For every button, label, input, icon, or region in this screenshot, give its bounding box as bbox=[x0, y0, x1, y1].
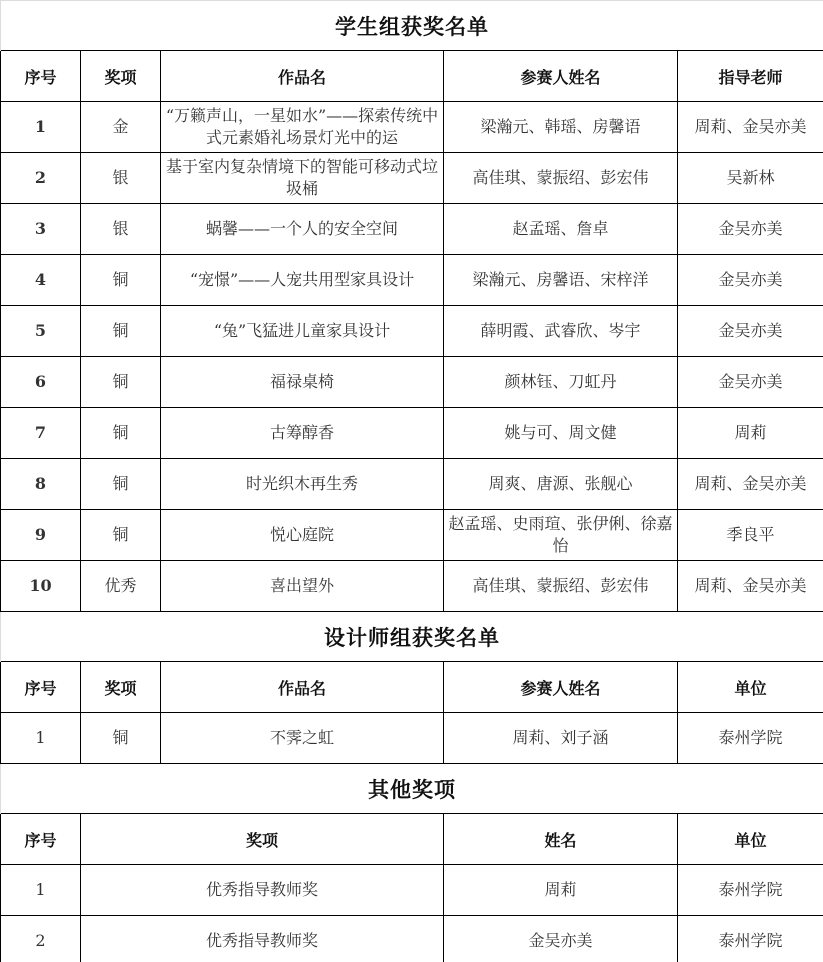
other-awards-title-row: 其他奖项 bbox=[1, 764, 823, 814]
cell-advisor: 周莉、金吴亦美 bbox=[678, 459, 823, 510]
cell-participants: 周爽、唐源、张舰心 bbox=[444, 459, 678, 510]
cell-participants: 梁瀚元、韩瑶、房馨语 bbox=[444, 102, 678, 153]
header-name: 姓名 bbox=[444, 814, 678, 865]
cell-advisor: 金吴亦美 bbox=[678, 306, 823, 357]
cell-advisor: 周莉、金吴亦美 bbox=[678, 561, 823, 612]
cell-work: 蜗馨——一个人的安全空间 bbox=[161, 204, 444, 255]
header-award: 奖项 bbox=[81, 51, 161, 102]
cell-no: 7 bbox=[1, 408, 81, 459]
header-no: 序号 bbox=[1, 51, 81, 102]
cell-work: 古筹醇香 bbox=[161, 408, 444, 459]
header-advisor: 指导老师 bbox=[678, 51, 823, 102]
cell-no: 3 bbox=[1, 204, 81, 255]
award-table: 学生组获奖名单 序号 奖项 作品名 参赛人姓名 指导老师 1 金 “万籁声山，一… bbox=[0, 0, 823, 962]
designer-group-title-row: 设计师组获奖名单 bbox=[1, 612, 823, 662]
cell-work: 福禄桌椅 bbox=[161, 357, 444, 408]
designer-group-title: 设计师组获奖名单 bbox=[1, 612, 823, 662]
cell-award: 铜 bbox=[81, 255, 161, 306]
award-list-sheet: 学生组获奖名单 序号 奖项 作品名 参赛人姓名 指导老师 1 金 “万籁声山，一… bbox=[0, 0, 823, 962]
cell-participants: 薛明霞、武睿欣、岑宇 bbox=[444, 306, 678, 357]
table-row: 1 铜 不霁之虹 周莉、刘子涵 泰州学院 bbox=[1, 713, 823, 764]
header-no: 序号 bbox=[1, 814, 81, 865]
cell-work: 不霁之虹 bbox=[161, 713, 444, 764]
header-award: 奖项 bbox=[81, 814, 444, 865]
other-awards-header-row: 序号 奖项 姓名 单位 bbox=[1, 814, 823, 865]
cell-advisor: 周莉 bbox=[678, 408, 823, 459]
cell-unit: 泰州学院 bbox=[678, 713, 823, 764]
header-award: 奖项 bbox=[81, 662, 161, 713]
cell-participants: 周莉、刘子涵 bbox=[444, 713, 678, 764]
table-row: 9 铜 悦心庭院 赵孟瑶、史雨瑄、张伊俐、徐嘉怡 季良平 bbox=[1, 510, 823, 561]
cell-award: 铜 bbox=[81, 510, 161, 561]
table-row: 8 铜 时光织木再生秀 周爽、唐源、张舰心 周莉、金吴亦美 bbox=[1, 459, 823, 510]
cell-award: 银 bbox=[81, 153, 161, 204]
cell-award: 铜 bbox=[81, 408, 161, 459]
cell-no: 9 bbox=[1, 510, 81, 561]
cell-no: 1 bbox=[1, 865, 81, 916]
table-row: 1 金 “万籁声山，一星如水”——探索传统中式元素婚礼场景灯光中的运 梁瀚元、韩… bbox=[1, 102, 823, 153]
table-row: 3 银 蜗馨——一个人的安全空间 赵孟瑶、詹卓 金吴亦美 bbox=[1, 204, 823, 255]
cell-no: 2 bbox=[1, 916, 81, 962]
cell-participants: 颜林钰、刀虹丹 bbox=[444, 357, 678, 408]
student-group-title-row: 学生组获奖名单 bbox=[1, 1, 823, 51]
cell-name: 周莉 bbox=[444, 865, 678, 916]
cell-award: 金 bbox=[81, 102, 161, 153]
cell-award: 铜 bbox=[81, 713, 161, 764]
student-group-title: 学生组获奖名单 bbox=[1, 1, 823, 51]
cell-no: 10 bbox=[1, 561, 81, 612]
cell-award: 铜 bbox=[81, 459, 161, 510]
cell-award: 铜 bbox=[81, 306, 161, 357]
cell-work: “兔”飞猛进儿童家具设计 bbox=[161, 306, 444, 357]
table-row: 10 优秀 喜出望外 高佳琪、蒙振绍、彭宏伟 周莉、金吴亦美 bbox=[1, 561, 823, 612]
cell-participants: 高佳琪、蒙振绍、彭宏伟 bbox=[444, 561, 678, 612]
cell-no: 2 bbox=[1, 153, 81, 204]
student-group-header-row: 序号 奖项 作品名 参赛人姓名 指导老师 bbox=[1, 51, 823, 102]
cell-participants: 梁瀚元、房馨语、宋梓洋 bbox=[444, 255, 678, 306]
other-awards-title: 其他奖项 bbox=[1, 764, 823, 814]
cell-name: 金吴亦美 bbox=[444, 916, 678, 962]
header-unit: 单位 bbox=[678, 662, 823, 713]
header-work: 作品名 bbox=[161, 662, 444, 713]
header-participants: 参赛人姓名 bbox=[444, 662, 678, 713]
table-row: 4 铜 “宠憬”——人宠共用型家具设计 梁瀚元、房馨语、宋梓洋 金吴亦美 bbox=[1, 255, 823, 306]
cell-no: 1 bbox=[1, 713, 81, 764]
cell-award: 优秀指导教师奖 bbox=[81, 865, 444, 916]
cell-advisor: 季良平 bbox=[678, 510, 823, 561]
cell-work: 喜出望外 bbox=[161, 561, 444, 612]
cell-work: “宠憬”——人宠共用型家具设计 bbox=[161, 255, 444, 306]
cell-advisor: 金吴亦美 bbox=[678, 255, 823, 306]
table-row: 1 优秀指导教师奖 周莉 泰州学院 bbox=[1, 865, 823, 916]
cell-advisor: 金吴亦美 bbox=[678, 357, 823, 408]
cell-participants: 赵孟瑶、詹卓 bbox=[444, 204, 678, 255]
designer-group-header-row: 序号 奖项 作品名 参赛人姓名 单位 bbox=[1, 662, 823, 713]
cell-participants: 高佳琪、蒙振绍、彭宏伟 bbox=[444, 153, 678, 204]
cell-no: 5 bbox=[1, 306, 81, 357]
cell-advisor: 吴新林 bbox=[678, 153, 823, 204]
cell-unit: 泰州学院 bbox=[678, 865, 823, 916]
cell-participants: 姚与可、周文健 bbox=[444, 408, 678, 459]
cell-unit: 泰州学院 bbox=[678, 916, 823, 962]
table-row: 7 铜 古筹醇香 姚与可、周文健 周莉 bbox=[1, 408, 823, 459]
table-row: 2 优秀指导教师奖 金吴亦美 泰州学院 bbox=[1, 916, 823, 962]
table-row: 2 银 基于室内复杂情境下的智能可移动式垃圾桶 高佳琪、蒙振绍、彭宏伟 吴新林 bbox=[1, 153, 823, 204]
cell-award: 优秀指导教师奖 bbox=[81, 916, 444, 962]
table-row: 6 铜 福禄桌椅 颜林钰、刀虹丹 金吴亦美 bbox=[1, 357, 823, 408]
header-work: 作品名 bbox=[161, 51, 444, 102]
cell-participants: 赵孟瑶、史雨瑄、张伊俐、徐嘉怡 bbox=[444, 510, 678, 561]
table-row: 5 铜 “兔”飞猛进儿童家具设计 薛明霞、武睿欣、岑宇 金吴亦美 bbox=[1, 306, 823, 357]
cell-work: 悦心庭院 bbox=[161, 510, 444, 561]
header-unit: 单位 bbox=[678, 814, 823, 865]
cell-work: “万籁声山，一星如水”——探索传统中式元素婚礼场景灯光中的运 bbox=[161, 102, 444, 153]
cell-work: 基于室内复杂情境下的智能可移动式垃圾桶 bbox=[161, 153, 444, 204]
cell-work: 时光织木再生秀 bbox=[161, 459, 444, 510]
header-participants: 参赛人姓名 bbox=[444, 51, 678, 102]
cell-no: 4 bbox=[1, 255, 81, 306]
cell-no: 6 bbox=[1, 357, 81, 408]
cell-advisor: 周莉、金吴亦美 bbox=[678, 102, 823, 153]
cell-award: 优秀 bbox=[81, 561, 161, 612]
header-no: 序号 bbox=[1, 662, 81, 713]
cell-no: 8 bbox=[1, 459, 81, 510]
cell-advisor: 金吴亦美 bbox=[678, 204, 823, 255]
cell-award: 铜 bbox=[81, 357, 161, 408]
cell-award: 银 bbox=[81, 204, 161, 255]
cell-no: 1 bbox=[1, 102, 81, 153]
